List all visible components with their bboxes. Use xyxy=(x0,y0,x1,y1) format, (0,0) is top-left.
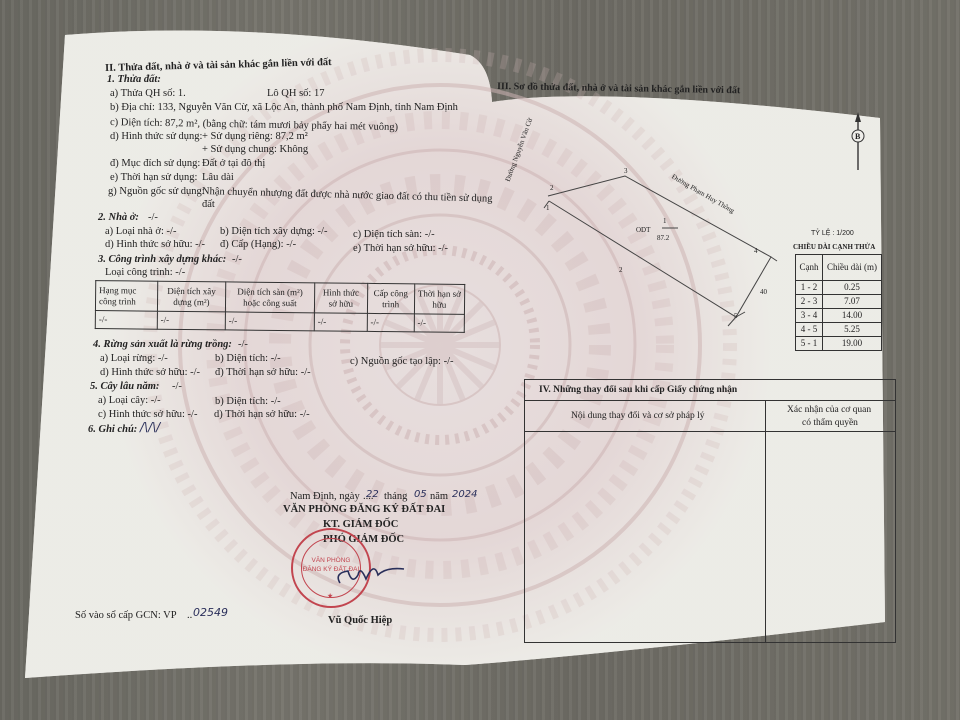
forest-heading: 4. Rừng sản xuất là rừng trồng: xyxy=(93,338,232,351)
neighbor-parcel-40: 40 xyxy=(760,286,767,299)
house-type: a) Loại nhà ở: -/- xyxy=(105,225,176,238)
table-row: 4 - 55.25 xyxy=(796,323,882,337)
north-label: B xyxy=(855,130,860,143)
table-cell: -/- xyxy=(367,313,414,331)
changes-col-confirm-1: Xác nhận của cơ quan xyxy=(787,404,871,417)
house-grade: đ) Cấp (Hạng): -/- xyxy=(220,238,296,251)
length-cell: 14.00 xyxy=(822,309,881,323)
parcel-sketch xyxy=(500,150,800,330)
land-use-code: ODT xyxy=(636,224,650,237)
term-value: Lâu dài xyxy=(202,171,234,184)
col-header: Diện tích xây dựng (m²) xyxy=(157,281,225,312)
col-header: Cạnh xyxy=(796,255,823,281)
table-cell: -/- xyxy=(157,311,225,330)
col-header: Hình thức sở hữu xyxy=(314,283,367,314)
perennial-heading-value: -/- xyxy=(172,380,182,393)
perennial-type: a) Loại cây: -/- xyxy=(98,394,161,407)
changes-table: IV. Những thay đổi sau khi cấp Giấy chứn… xyxy=(524,379,896,643)
perennial-area: b) Diện tích: -/- xyxy=(215,395,281,408)
neighbor-parcel: 2 xyxy=(619,264,623,277)
note-heading: 6. Ghi chú: xyxy=(88,423,137,436)
parcel-area-label: 87.2 xyxy=(657,232,669,245)
length-cell: 0.25 xyxy=(822,281,881,295)
parcel-number: a) Thửa QH số: 1. xyxy=(110,87,186,100)
scale-label: TỶ LỆ : 1/200 xyxy=(811,227,854,240)
address: b) Địa chỉ: 133, Nguyễn Văn Cừ, xã Lộc A… xyxy=(110,101,458,114)
purpose-label: đ) Mục đích sử dụng: xyxy=(110,157,200,170)
vertex-4: 4 xyxy=(754,245,758,258)
vertex-1: 1 xyxy=(546,202,550,215)
registry-label: Số vào sổ cấp GCN: VP xyxy=(75,609,177,622)
term-label: e) Thời hạn sử dụng: xyxy=(110,171,197,184)
use-shared: + Sử dụng chung: Không xyxy=(202,143,308,156)
forest-term: đ) Thời hạn sở hữu: -/- xyxy=(215,366,311,379)
forest-area: b) Diện tích: -/- xyxy=(215,352,281,365)
land-heading: 1. Thửa đất: xyxy=(107,73,161,86)
perennial-term: d) Thời hạn sở hữu: -/- xyxy=(214,408,310,421)
parcel-number-label: 1 xyxy=(663,215,667,228)
other-works-heading: 3. Công trình xây dựng khác: xyxy=(98,253,226,266)
lot-number: Lô QH số: 17 xyxy=(267,87,324,100)
use-private: + Sử dụng riêng: 87,2 m² xyxy=(202,130,308,143)
edge-cell: 3 - 4 xyxy=(796,309,823,323)
house-ownership: d) Hình thức sở hữu: -/- xyxy=(105,238,205,251)
changes-col-content: Nội dung thay đổi và cơ sở pháp lý xyxy=(571,410,705,423)
origin-value-cont: đất xyxy=(202,198,215,211)
edge-cell: 1 - 2 xyxy=(796,281,823,295)
date-year: 2024 xyxy=(452,488,477,501)
changes-title: IV. Những thay đổi sau khi cấp Giấy chứn… xyxy=(539,384,737,397)
length-cell: 5.25 xyxy=(822,323,881,337)
note-value: /\/\/ xyxy=(140,421,160,434)
col-header: Chiều dài (m) xyxy=(822,255,881,281)
table-row: 3 - 414.00 xyxy=(796,309,882,323)
house-heading-value: -/- xyxy=(148,211,158,224)
table-row: 2 - 37.07 xyxy=(796,295,882,309)
edge-cell: 5 - 1 xyxy=(796,337,823,351)
table-row: 1 - 20.25 xyxy=(796,281,882,295)
edge-length-table: Cạnh Chiều dài (m) 1 - 20.25 2 - 37.07 3… xyxy=(795,254,882,351)
edge-cell: 2 - 3 xyxy=(796,295,823,309)
other-works-heading-value: -/- xyxy=(232,253,242,266)
house-floor-area: c) Diện tích sàn: -/- xyxy=(353,228,435,241)
vertex-2: 2 xyxy=(550,182,554,195)
table-cell: -/- xyxy=(95,311,157,330)
date-month: 05 xyxy=(414,488,427,501)
col-header: Thời hạn sở hữu xyxy=(414,284,465,315)
forest-origin: c) Nguồn gốc tạo lập: -/- xyxy=(350,355,454,368)
date-day: 22 xyxy=(366,488,379,501)
perennial-heading: 5. Cây lâu năm: xyxy=(90,380,159,393)
signer-name: Vũ Quốc Hiệp xyxy=(328,614,392,627)
month-label: tháng xyxy=(384,490,407,503)
table-cell: -/- xyxy=(225,312,314,331)
issuing-office: VĂN PHÒNG ĐĂNG KÝ ĐẤT ĐAI xyxy=(283,503,445,516)
forest-type: a) Loại rừng: -/- xyxy=(100,352,168,365)
year-label: năm xyxy=(430,490,448,503)
certificate-document: II. Thửa đất, nhà ở và tài sản khác gắn … xyxy=(0,0,960,720)
col-header: Cấp công trình xyxy=(367,283,414,313)
house-heading: 2. Nhà ở: xyxy=(98,211,139,224)
changes-col-confirm-2: có thẩm quyền xyxy=(802,417,858,430)
table-row: -/- -/- -/- -/- -/- -/- xyxy=(95,311,464,333)
forest-heading-value: -/- xyxy=(238,338,248,351)
purpose-value: Đất ở tại đô thị xyxy=(202,157,265,170)
edges-title: CHIỀU DÀI CẠNH THỬA xyxy=(793,241,875,254)
place-date-prefix: Nam Định, ngày xyxy=(290,490,360,503)
house-term: e) Thời hạn sở hữu: -/- xyxy=(353,242,448,255)
table-cell: -/- xyxy=(314,313,367,332)
col-header: Hạng mục công trình xyxy=(95,281,157,312)
table-row: 5 - 119.00 xyxy=(796,337,882,351)
origin-label: g) Nguồn gốc sử dụng: xyxy=(108,185,205,198)
other-works-type: Loại công trình: -/- xyxy=(105,266,185,279)
length-cell: 19.00 xyxy=(822,337,881,351)
edge-cell: 4 - 5 xyxy=(796,323,823,337)
length-cell: 7.07 xyxy=(822,295,881,309)
house-build-area: b) Diện tích xây dựng: -/- xyxy=(220,225,327,238)
registry-number: 02549 xyxy=(193,606,228,619)
vertex-5: 5 xyxy=(734,310,738,323)
table-cell: -/- xyxy=(414,314,465,333)
forest-ownership: d) Hình thức sở hữu: -/- xyxy=(100,366,200,379)
signature-scribble xyxy=(330,555,410,595)
col-header: Diện tích sàn (m²) hoặc công suất xyxy=(225,282,314,313)
vertex-3: 3 xyxy=(624,165,628,178)
other-works-table: Hạng mục công trình Diện tích xây dựng (… xyxy=(95,280,465,333)
north-arrow-icon xyxy=(848,112,868,174)
use-form-label: d) Hình thức sử dụng: xyxy=(110,130,202,143)
